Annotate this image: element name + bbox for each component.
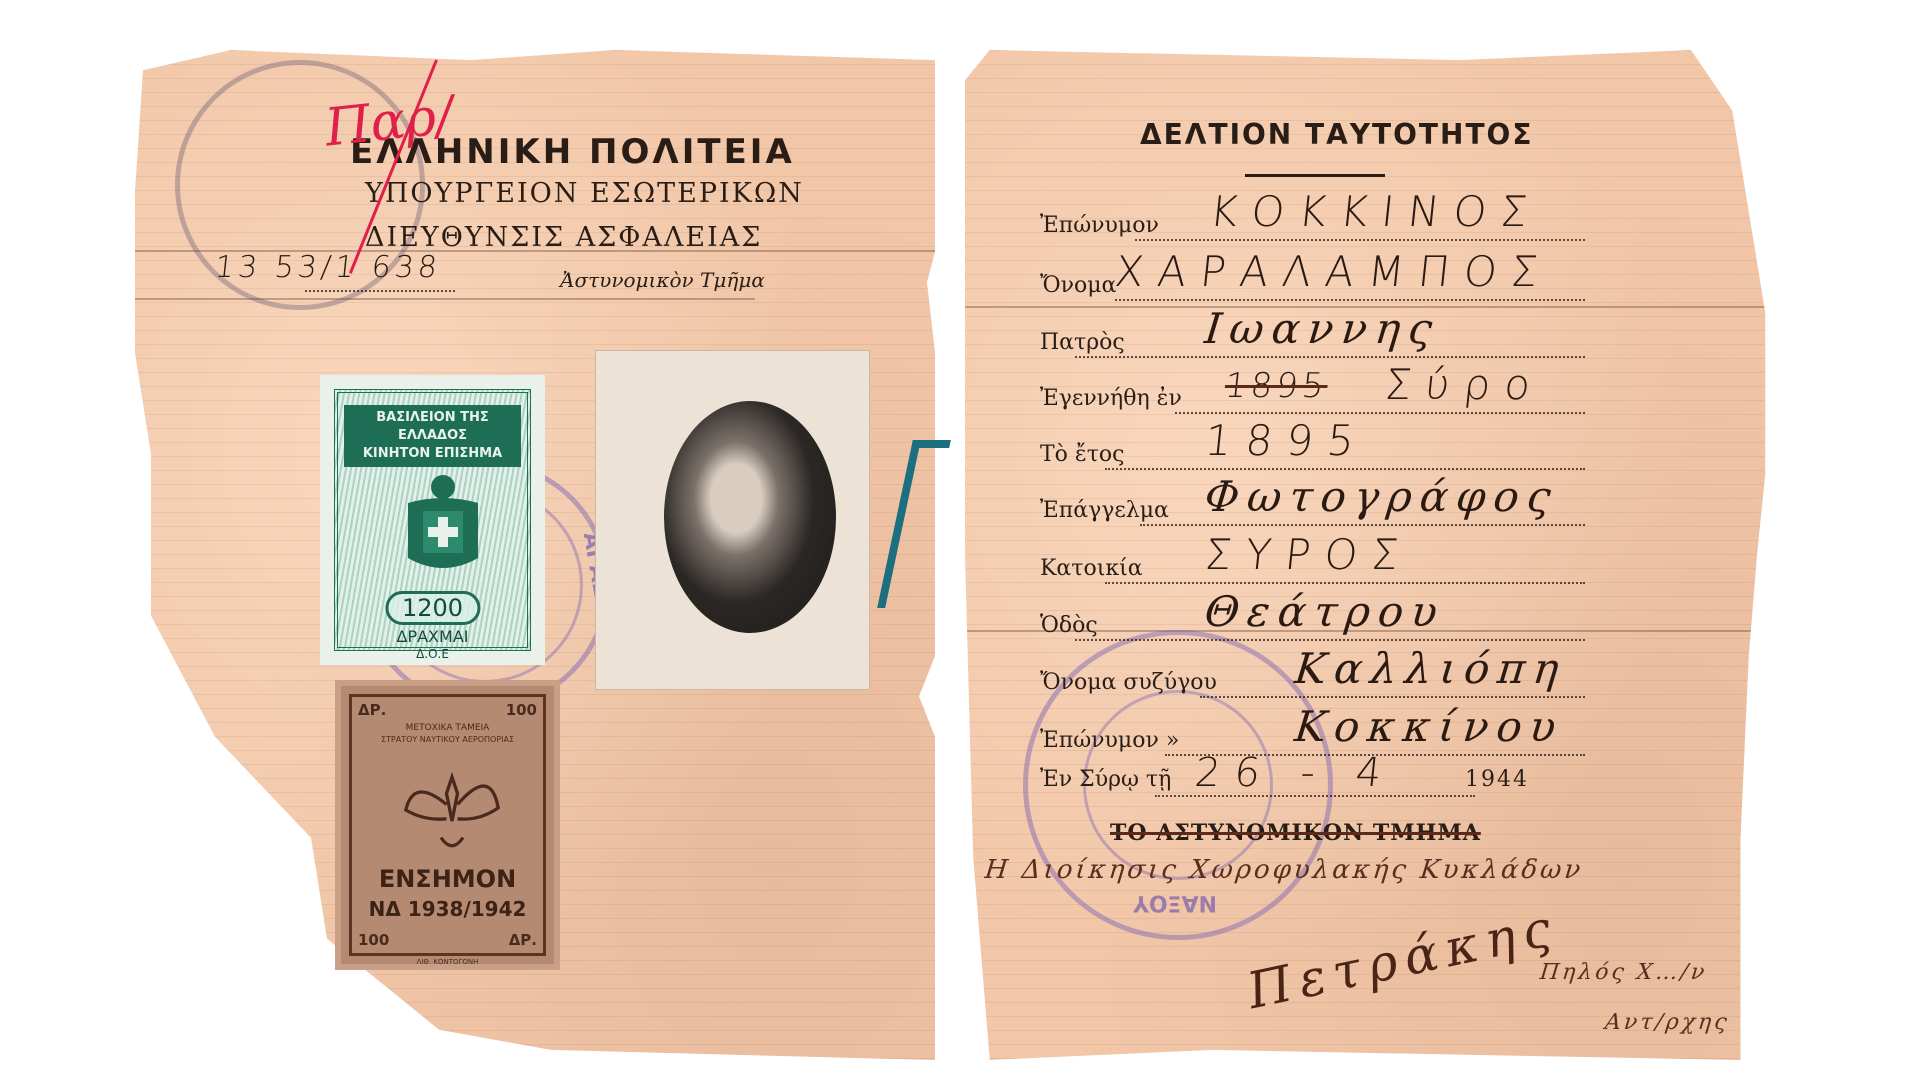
corner-bl: 100 <box>358 931 389 949</box>
stamp-frame: ΔΡ. 100 ΜΕΤΟΧΙΚΑ ΤΑΜΕΙΑ ΣΤΡΑΤΟΥ ΝΑΥΤΙΚΟΥ… <box>349 694 546 956</box>
date-label: Ἐν Σύρῳ τῇ <box>1040 767 1171 792</box>
field-value: Ιωαννης <box>1202 304 1442 353</box>
stamp-line-1: ΜΕΤΟΧΙΚΑ ΤΑΜΕΙΑ <box>352 723 543 733</box>
field-value: ΚΟΚΚΙΝΟΣ <box>1207 187 1543 236</box>
title-underline <box>1245 174 1385 177</box>
corner-br: ΔΡ. <box>509 931 537 949</box>
field-dotline <box>1200 696 1585 698</box>
stamp-years: ΝΔ 1938/1942 <box>352 897 543 921</box>
field-label: Τὸ ἔτος <box>1040 442 1124 467</box>
printer-name: ΛΙΘ. ΚΟΝΤΟΓΟΝΗ <box>341 958 554 966</box>
field-struck-value: 1895 <box>1223 366 1330 406</box>
field-label: Ἐπώνυμον » <box>1040 728 1179 753</box>
revenue-stamp-100: ΔΡ. 100 ΜΕΤΟΧΙΚΑ ΤΑΜΕΙΑ ΣΤΡΑΤΟΥ ΝΑΥΤΙΚΟΥ… <box>335 680 560 970</box>
field-dotline <box>1140 524 1585 526</box>
stamp-title-line-1: ΒΑΣΙΛΕΙΟΝ ΤΗΣ ΕΛΛΑΔΟΣ <box>344 409 521 445</box>
signatory-note-2: Αντ/ρχης <box>1604 1010 1731 1035</box>
field-label: Κατοικία <box>1040 556 1143 581</box>
field-label: Ἐπώνυμον <box>1040 213 1159 238</box>
field-value: Θεάτρου <box>1202 587 1447 636</box>
portrait-photo <box>595 350 870 690</box>
stamp-word: ΕΝΣΗΜΟΝ <box>352 865 543 893</box>
right-page: ΔΕΛΤΙΟΝ ΤΑΥΤΟΤΗΤΟΣ ΝΑΞΟΥ ἘπώνυμονΚΟΚΚΙΝΟ… <box>965 50 1790 1060</box>
field-label: Πατρὸς <box>1040 330 1125 355</box>
field-dotline <box>1135 239 1585 241</box>
field-value: 1895 <box>1202 416 1370 465</box>
corner-tl: ΔΡ. <box>358 701 386 719</box>
header-line-2: ΥΠΟΥΡΓΕΙΟΝ ΕΣΩΤΕΡΙΚΩΝ <box>365 178 804 209</box>
field-value: Καλλιόπη <box>1292 644 1569 693</box>
revenue-stamp-1200: ΒΑΣΙΛΕΙΟΝ ΤΗΣ ΕΛΛΑΔΟΣ ΚΙΝΗΤΟΝ ΕΠΙΣΗΜΑ 12… <box>320 375 545 665</box>
field-value: ΧΑΡΑΛΑΜΠΟΣ <box>1112 247 1554 296</box>
field-label: Ὄνομα συζύγου <box>1040 670 1217 695</box>
date-day-month: 26 - 4 <box>1193 750 1398 796</box>
field-dotline <box>1105 582 1585 584</box>
field-dotline <box>1075 639 1585 641</box>
fold-line <box>135 298 755 300</box>
date-year: 1944 <box>1465 767 1529 792</box>
field-label: Ἐγεννήθη ἐν <box>1040 386 1182 411</box>
field-label: Ἐπάγγελμα <box>1040 498 1169 523</box>
portrait-oval <box>664 401 836 633</box>
field-label: Ὁδὸς <box>1040 613 1098 638</box>
field-value: Κοκκίνου <box>1292 702 1566 751</box>
signatory-note-1: Πηλός Χ…/ν <box>1539 960 1709 985</box>
corner-tr: 100 <box>506 701 537 719</box>
coat-of-arms-icon <box>393 473 493 583</box>
field-value: Φωτογράφος <box>1202 472 1561 521</box>
department-label: Ἀστυνομικὸν Τμῆμα <box>560 268 765 292</box>
stamp-title: ΒΑΣΙΛΕΙΟΝ ΤΗΣ ΕΛΛΑΔΟΣ ΚΙΝΗΤΟΝ ΕΠΙΣΗΜΑ <box>344 405 521 467</box>
stamp-title-line-2: ΚΙΝΗΤΟΝ ΕΠΙΣΗΜΑ <box>344 445 521 463</box>
signature: Πετράκης <box>1242 898 1563 1020</box>
field-dotline <box>1115 299 1585 301</box>
header-line-3: ΔΙΕΥΘΥΝΣΙΣ ΑΣΦΑΛΕΙΑΣ <box>365 222 762 253</box>
field-value: ΣΥΡΟΣ <box>1202 530 1414 579</box>
card-title: ΔΕΛΤΙΟΝ ΤΑΥΤΟΤΗΤΟΣ <box>1140 118 1533 151</box>
stamp-unit: ΔΡΑΧΜΑΙ <box>338 627 527 646</box>
field-value: Σύρο <box>1382 360 1546 409</box>
office-struck: ΤΟ ΑΣΤΥΝΟΜΙΚΟΝ ΤΜΗΜΑ <box>1110 820 1481 846</box>
office-handwritten: Η Διοίκησις Χωροφυλακής Κυκλάδων <box>983 855 1584 885</box>
stamp-line-2: ΣΤΡΑΤΟΥ ΝΑΥΤΙΚΟΥ ΑΕΡΟΠΟΡΙΑΣ <box>352 735 543 744</box>
serial-number: 13 53/1 638 <box>213 250 443 285</box>
stamp-value: 1200 <box>385 591 480 625</box>
field-dotline <box>1075 356 1585 358</box>
field-dotline <box>1105 468 1585 470</box>
field-label: Ὄνομα <box>1040 273 1116 298</box>
seal-bottom-text: ΝΑΞΟΥ <box>1133 890 1217 915</box>
phoenix-icon <box>392 755 512 865</box>
stamp-code: Δ.Ο.Ε <box>338 647 527 661</box>
serial-dotline <box>305 290 455 292</box>
stamp-frame: ΒΑΣΙΛΕΙΟΝ ΤΗΣ ΕΛΛΑΔΟΣ ΚΙΝΗΤΟΝ ΕΠΙΣΗΜΑ 12… <box>334 389 531 651</box>
field-dotline <box>1175 412 1585 414</box>
